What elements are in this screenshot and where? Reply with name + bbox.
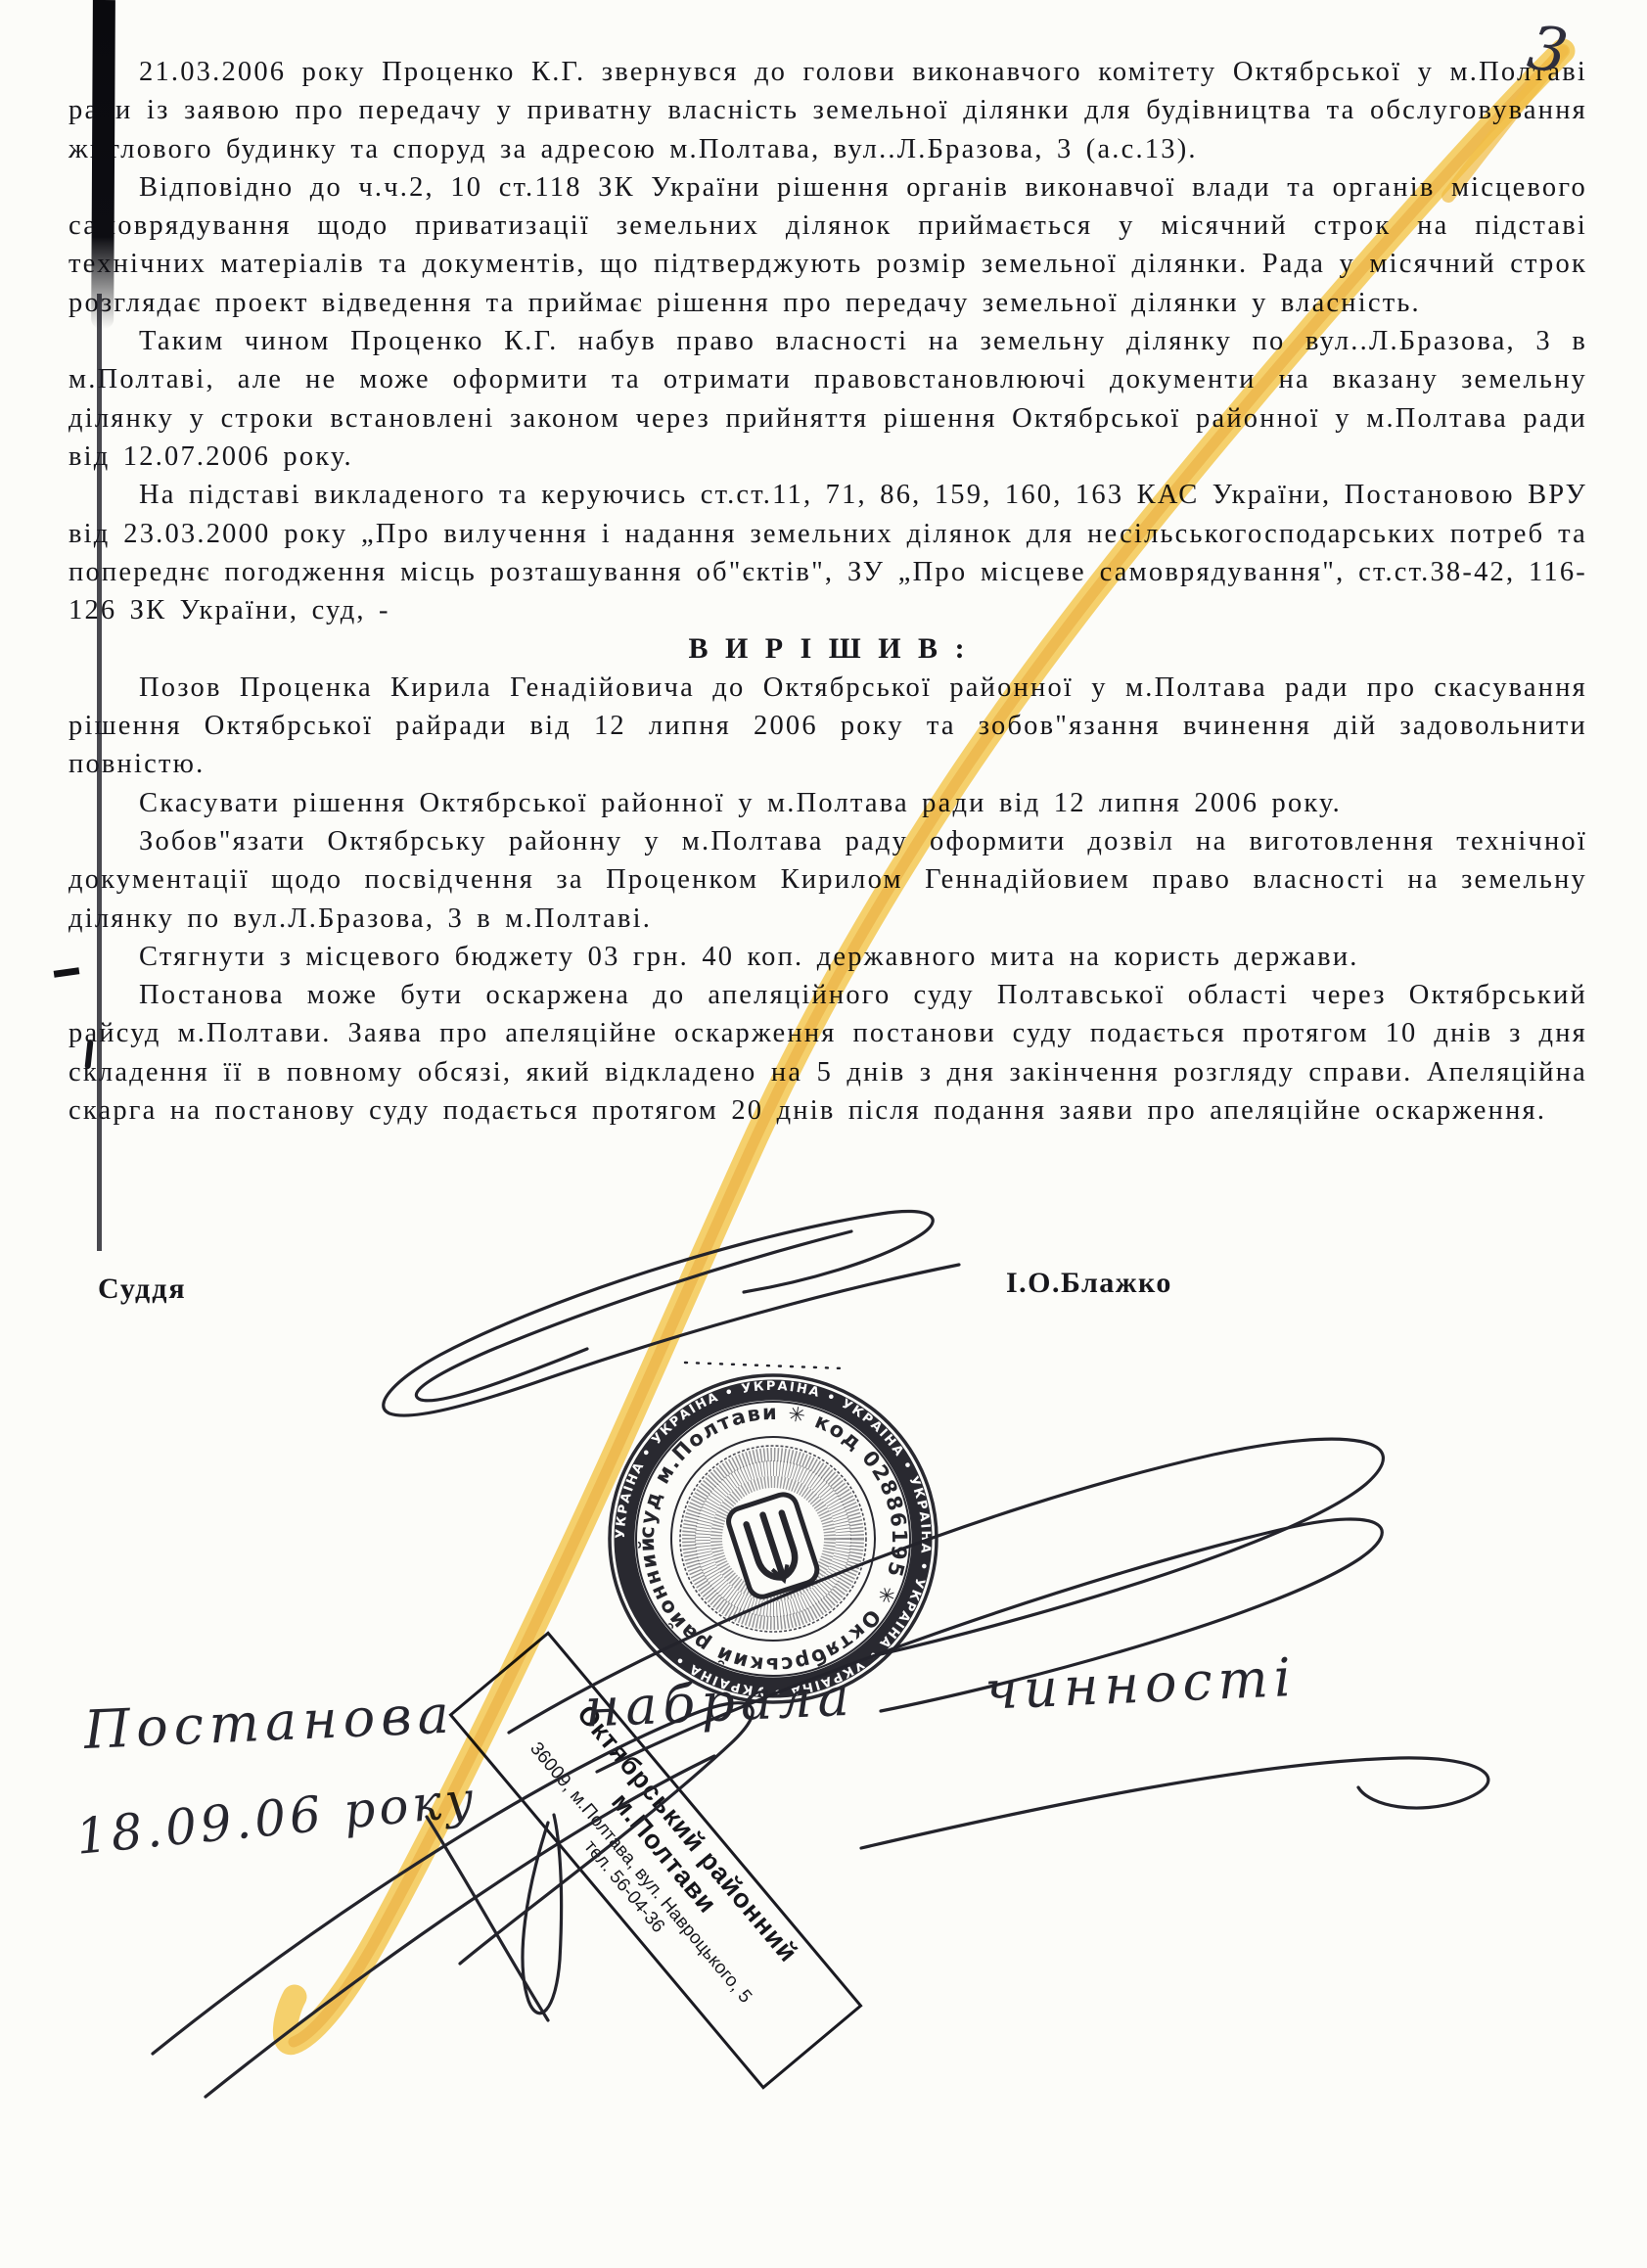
signature-stroke [861,1758,1488,1848]
signature-stroke [427,1817,548,2020]
paragraph: Таким чином Проценко К.Г. набув право вл… [69,322,1587,476]
paragraph: Відповідно до ч.ч.2, 10 ст.118 ЗК Україн… [69,168,1587,322]
scan-edge-line [97,294,102,1251]
paragraph: 21.03.2006 року Проценко К.Г. звернувся … [69,53,1587,168]
operative-paragraph: Скасувати рішення Октябрської районної у… [69,784,1587,822]
paragraph: На підставі викладеного та керуючись ст.… [69,476,1587,629]
court-round-seal: УКРАЇНА • УКРАЇНА • УКРАЇНА • УКРАЇНА • … [599,1365,947,1713]
signature-stroke [523,1815,562,2013]
handwritten-date: 18.09.06 року [73,1771,480,1866]
operative-paragraph: Позов Проценка Кирила Генадійовича до Ок… [69,669,1587,784]
decision-heading: В И Р І Ш И В : [69,629,1587,668]
scanned-court-decision-page: 21.03.2006 року Проценко К.Г. звернувся … [0,0,1647,2268]
judge-label: Суддя [98,1273,187,1306]
judge-name: І.О.Блажко [1006,1267,1172,1300]
scan-edge-artifact [91,0,115,329]
document-body: 21.03.2006 року Проценко К.Г. звернувся … [69,53,1587,1130]
stamp-address: 36009, м.Полтава, вул. Навроцького, 5 [483,1689,799,2058]
tryzub-emblem-icon [725,1491,821,1600]
operative-paragraph: Стягнути з місцевого бюджету 03 грн. 40 … [69,938,1587,976]
operative-paragraph: Постанова може бути оскаржена до апеляці… [69,976,1587,1130]
operative-paragraph: Зобов"язати Октябрську районну у м.Полта… [69,822,1587,938]
